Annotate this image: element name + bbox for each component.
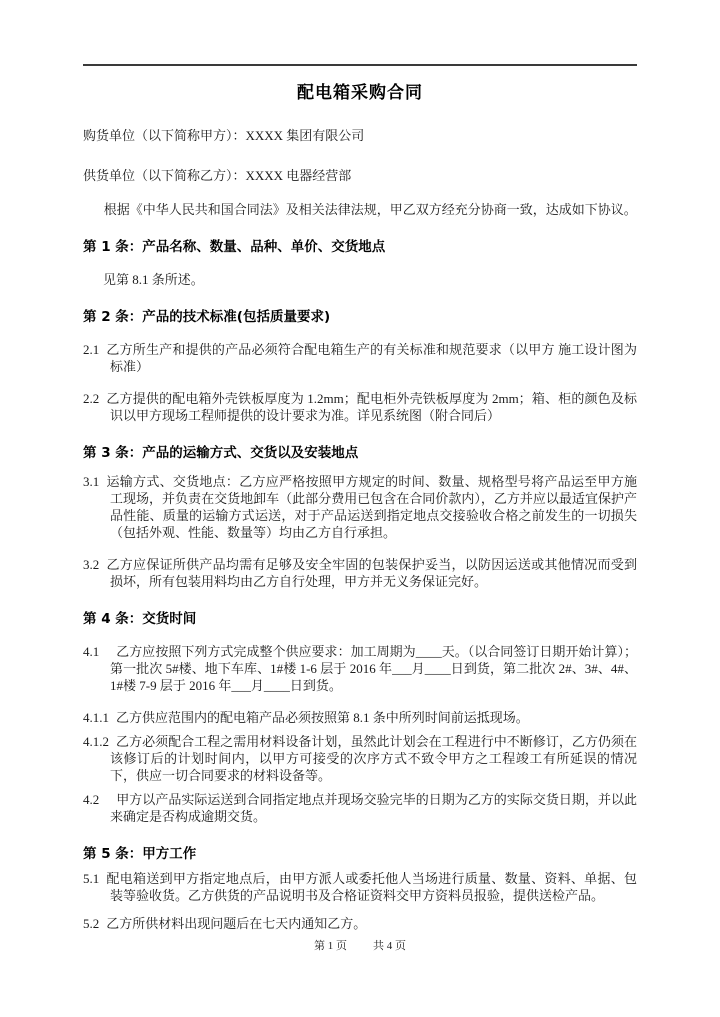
clause-text: 乙方应保证所供产品均需有足够及安全牢固的包装保护妥当，以防因运送或其他情况而受到…	[106, 557, 637, 589]
buyer-line: 购货单位（以下简称甲方）：XXXX 集团有限公司	[83, 127, 637, 144]
clause-text: 运输方式、交货地点：乙方应严格按照甲方规定的时间、数量、规格型号将产品运至甲方施…	[106, 474, 637, 540]
page-footer: 第 1 页共 4 页	[83, 939, 637, 954]
clause-4-2: 4.2甲方以产品实际运送到合同指定地点并现场交验完毕的日期为乙方的实际交货日期，…	[83, 791, 637, 825]
clause-text: 甲方以产品实际运送到合同指定地点并现场交验完毕的日期为乙方的实际交货日期，并以此…	[110, 792, 637, 824]
footer-page-number: 第 1 页	[314, 940, 347, 952]
top-rule	[83, 64, 637, 66]
clause-text: 乙方提供的配电箱外壳铁板厚度为 1.2mm；配电柜外壳铁板厚度为 2mm；箱、柜…	[106, 391, 637, 423]
clause-text: 乙方应按照下列方式完成整个供应要求：加工周期为____天。（以合同签订日期开始计…	[110, 644, 637, 693]
section-heading-2: 第 2 条：产品的技术标准(包括质量要求)	[83, 308, 637, 326]
section-heading-5: 第 5 条：甲方工作	[83, 845, 637, 863]
preamble: 根据《中华人民共和国合同法》及相关法律法规，甲乙双方经充分协商一致，达成如下协议…	[83, 201, 637, 218]
clause-4-1-2: 4.1.2乙方必须配合工程之需用材料设备计划，虽然此计划会在工程进行中不断修订，…	[83, 733, 637, 784]
footer-total-pages: 共 4 页	[373, 940, 406, 952]
section-heading-4: 第 4 条：交货时间	[83, 610, 637, 628]
clause-2-2: 2.2乙方提供的配电箱外壳铁板厚度为 1.2mm；配电柜外壳铁板厚度为 2mm；…	[83, 390, 637, 424]
clause-number: 2.2	[83, 391, 99, 406]
clause-text: 乙方必须配合工程之需用材料设备计划，虽然此计划会在工程进行中不断修订，乙方仍须在…	[110, 734, 637, 783]
contract-title: 配电箱采购合同	[83, 82, 637, 104]
clause-text: 配电箱送到甲方指定地点后，由甲方派人或委托他人当场进行质量、数量、资料、单据、包…	[106, 871, 637, 903]
supplier-line: 供货单位（以下简称乙方）：XXXX 电器经营部	[83, 167, 637, 184]
clause-number: 4.2	[83, 792, 99, 807]
clause-4-1-1: 4.1.1乙方供应范围内的配电箱产品必须按照第 8.1 条中所列时间前运抵现场。	[83, 709, 637, 726]
contract-page: 配电箱采购合同 购货单位（以下简称甲方）：XXXX 集团有限公司 供货单位（以下…	[83, 0, 637, 954]
clause-number: 4.1.2	[83, 734, 109, 749]
clause-number: 4.1.1	[83, 710, 109, 725]
section-heading-3: 第 3 条：产品的运输方式、交货以及安装地点	[83, 444, 637, 462]
clause-5-2: 5.2乙方所供材料出现问题后在七天内通知乙方。	[83, 915, 637, 932]
clause-number: 3.1	[83, 474, 99, 489]
clause-text: 乙方所生产和提供的产品必须符合配电箱生产的有关标准和规范要求（以甲方 施工设计图…	[106, 342, 637, 374]
clause-number: 2.1	[83, 342, 99, 357]
clause-number: 4.1	[83, 644, 99, 659]
clause-number: 5.1	[83, 871, 99, 886]
clause-4-1: 4.1乙方应按照下列方式完成整个供应要求：加工周期为____天。（以合同签订日期…	[83, 643, 637, 694]
clause-number: 5.2	[83, 916, 99, 931]
section-heading-1: 第 1 条：产品名称、数量、品种、单价、交货地点	[83, 238, 637, 256]
clause-3-1: 3.1运输方式、交货地点：乙方应严格按照甲方规定的时间、数量、规格型号将产品运至…	[83, 473, 637, 541]
clause-2-1: 2.1乙方所生产和提供的产品必须符合配电箱生产的有关标准和规范要求（以甲方 施工…	[83, 341, 637, 375]
section-1-note: 见第 8.1 条所述。	[83, 271, 637, 288]
clause-3-2: 3.2乙方应保证所供产品均需有足够及安全牢固的包装保护妥当，以防因运送或其他情况…	[83, 556, 637, 590]
clause-number: 3.2	[83, 557, 99, 572]
clause-text: 乙方所供材料出现问题后在七天内通知乙方。	[106, 916, 366, 931]
clause-5-1: 5.1配电箱送到甲方指定地点后，由甲方派人或委托他人当场进行质量、数量、资料、单…	[83, 870, 637, 904]
clause-text: 乙方供应范围内的配电箱产品必须按照第 8.1 条中所列时间前运抵现场。	[116, 710, 529, 725]
